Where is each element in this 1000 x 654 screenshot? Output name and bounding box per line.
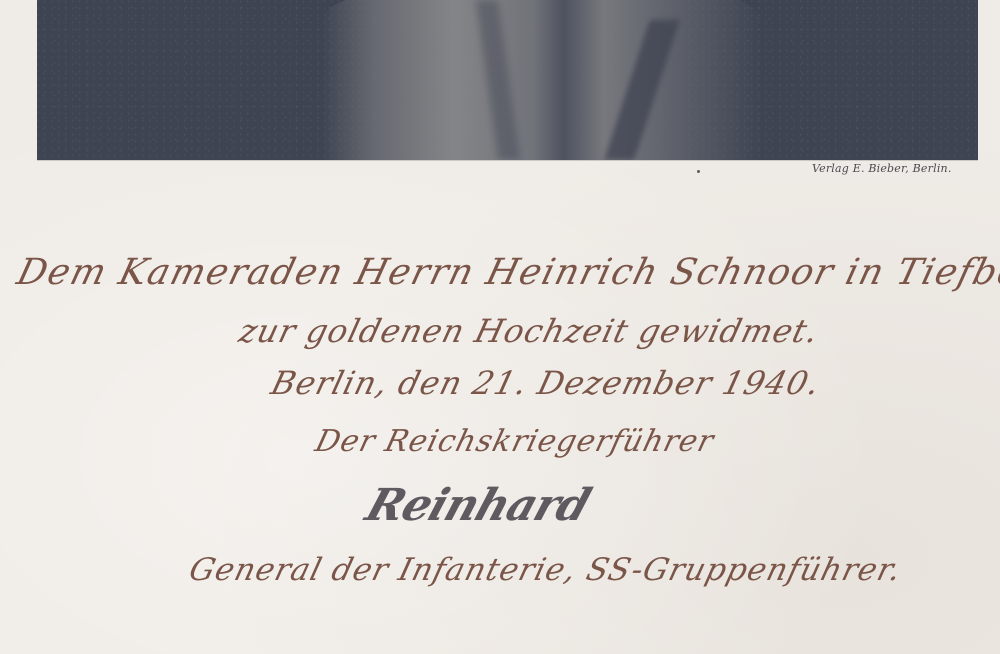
publisher-imprint: Verlag E. Bieber, Berlin.: [812, 162, 952, 175]
dedication-office-line: Der Reichskriegerführer: [312, 424, 718, 459]
dedication-rank-line: General der Infanterie, SS-Gruppenführer…: [186, 552, 906, 588]
dedication-place-date-line: Berlin, den 21. Dezember 1940.: [267, 364, 824, 402]
paper-mark: [697, 170, 700, 173]
signature: Reinhard: [360, 480, 596, 531]
coat-figure: [322, 0, 762, 160]
dedication-recipient-line: Dem Kameraden Herrn Heinrich Schnoor in …: [13, 252, 1000, 293]
paper-sheet: Verlag E. Bieber, Berlin. Dem Kameraden …: [0, 0, 1000, 654]
dedication-occasion-line: zur goldenen Hochzeit gewidmet.: [235, 312, 823, 350]
portrait-photograph: [37, 0, 978, 160]
